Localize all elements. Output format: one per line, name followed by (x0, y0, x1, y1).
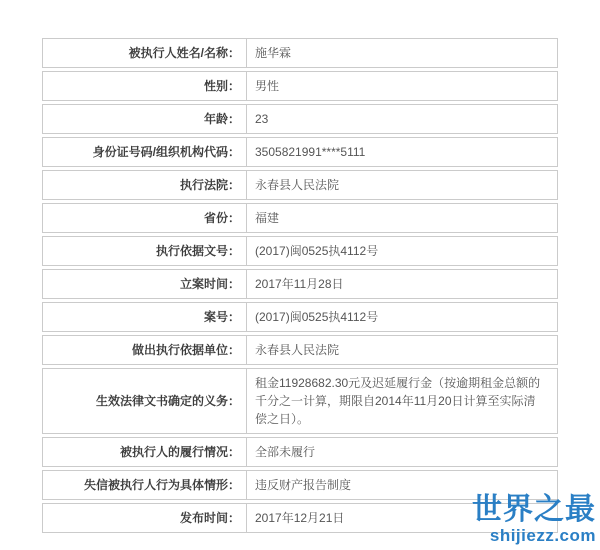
table-row: 省份： 福建 (42, 203, 558, 233)
row-value-province: 福建 (247, 204, 557, 232)
table-row: 生效法律文书确定的义务： 租金11928682.30元及迟延履行金（按逾期租金总… (42, 368, 558, 434)
row-value-obligation: 租金11928682.30元及迟延履行金（按逾期租金总额的千分之一计算，期限自2… (247, 369, 557, 433)
row-value-filing-date: 2017年11月28日 (247, 270, 557, 298)
row-label-name: 被执行人姓名/名称： (43, 39, 247, 67)
row-value-name: 施华霖 (247, 39, 557, 67)
site-logo-text: 世界之最 (472, 495, 596, 525)
table-row: 案号： (2017)闽0525执4112号 (42, 302, 558, 332)
row-value-performance: 全部未履行 (247, 438, 557, 466)
row-label-gender: 性别： (43, 72, 247, 100)
debtor-info-table: 被执行人姓名/名称： 施华霖 性别： 男性 年龄： 23 身份证号码/组织机构代… (42, 38, 558, 536)
row-value-case-number: (2017)闽0525执4112号 (247, 303, 557, 331)
row-label-publish-date: 发布时间： (43, 504, 247, 532)
table-row: 做出执行依据单位： 永春县人民法院 (42, 335, 558, 365)
row-value-age: 23 (247, 105, 557, 133)
page: 被执行人姓名/名称： 施华霖 性别： 男性 年龄： 23 身份证号码/组织机构代… (0, 0, 600, 550)
row-label-court: 执行法院： (43, 171, 247, 199)
table-row: 执行依据文号： (2017)闽0525执4112号 (42, 236, 558, 266)
table-row: 被执行人的履行情况： 全部未履行 (42, 437, 558, 467)
table-row: 年龄： 23 (42, 104, 558, 134)
row-label-filing-date: 立案时间： (43, 270, 247, 298)
row-label-id-number: 身份证号码/组织机构代码： (43, 138, 247, 166)
row-label-age: 年龄： (43, 105, 247, 133)
table-row: 身份证号码/组织机构代码： 3505821991****5111 (42, 137, 558, 167)
row-label-basis-doc-number: 执行依据文号： (43, 237, 247, 265)
row-label-performance: 被执行人的履行情况： (43, 438, 247, 466)
row-label-province: 省份： (43, 204, 247, 232)
row-label-obligation: 生效法律文书确定的义务： (43, 369, 247, 433)
row-label-case-number: 案号： (43, 303, 247, 331)
row-value-basis-doc-number: (2017)闽0525执4112号 (247, 237, 557, 265)
table-row: 立案时间： 2017年11月28日 (42, 269, 558, 299)
row-value-basis-unit: 永春县人民法院 (247, 336, 557, 364)
table-row: 执行法院： 永春县人民法院 (42, 170, 558, 200)
table-row: 性别： 男性 (42, 71, 558, 101)
row-label-dishonesty-detail: 失信被执行人行为具体情形： (43, 471, 247, 499)
row-value-court: 永春县人民法院 (247, 171, 557, 199)
row-label-basis-unit: 做出执行依据单位： (43, 336, 247, 364)
site-watermark: 世界之最 shijiezz.com (472, 495, 596, 544)
row-value-gender: 男性 (247, 72, 557, 100)
row-value-id-number: 3505821991****5111 (247, 138, 557, 166)
table-row: 被执行人姓名/名称： 施华霖 (42, 38, 558, 68)
site-domain-text: shijiezz.com (472, 527, 596, 544)
